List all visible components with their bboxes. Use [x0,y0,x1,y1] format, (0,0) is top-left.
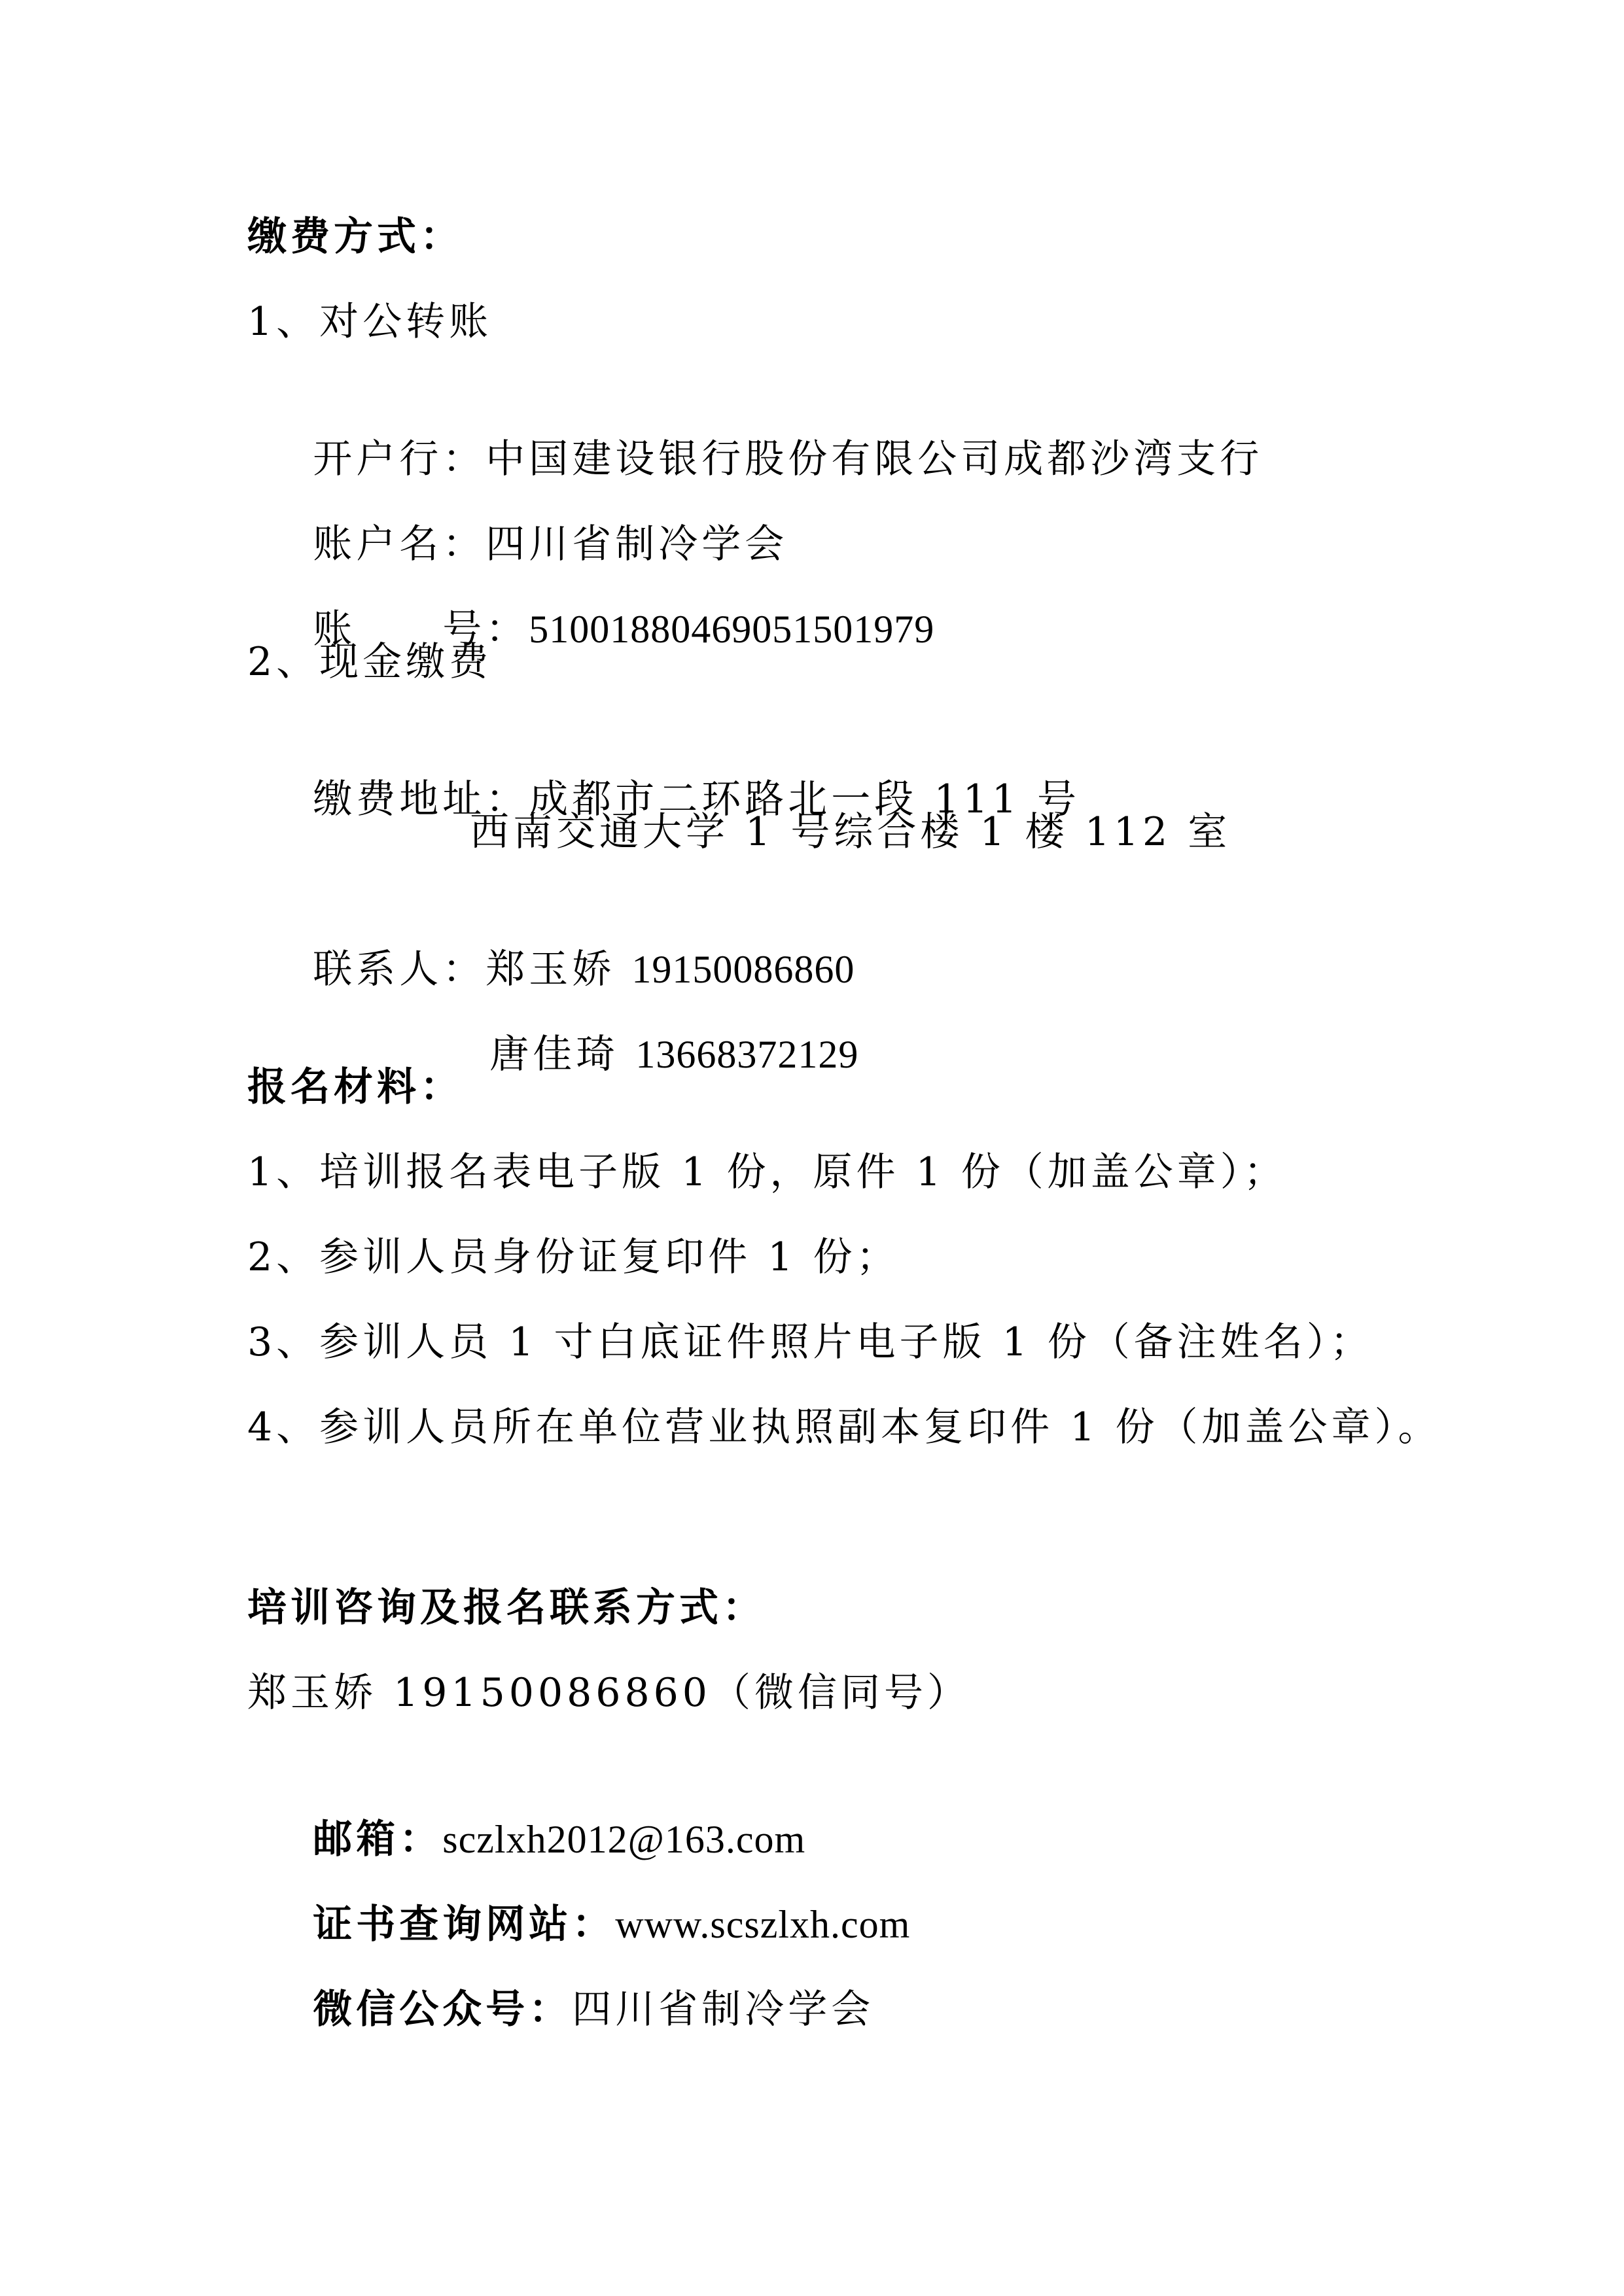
contact-2-name: 唐佳琦 [489,1032,619,1077]
materials-item-4: 4、参训人员所在单位营业执照副本复印件 1 份（加盖公章）。 [247,1401,1441,1453]
wechat-label: 微信公众号： [313,1987,572,2032]
wechat-row: 微信公众号：四川省制冷学会 [247,1931,874,2088]
consult-contact-line: 郑玉娇 19150086860（微信同号） [247,1667,970,1719]
materials-item-2: 2、参训人员身份证复印件 1 份； [247,1231,900,1283]
payment-method-2-title: 2、现金缴费 [247,636,492,688]
consult-heading: 培训咨询及报名联系方式： [247,1582,766,1634]
document-page: 缴费方式： 1、对公转账 开户行：中国建设银行股份有限公司成都沙湾支行 账户名：… [0,0,1624,2296]
payment-method-1-title: 1、对公转账 [247,296,492,348]
contact-row-2: 唐佳琦 13668372129 [424,976,858,1133]
wechat-value: 四川省制冷学会 [572,1987,874,2032]
materials-item-1: 1、培训报名表电子版 1 份，原件 1 份（加盖公章）； [247,1146,1287,1198]
account-number-value: 51001880469051501979 [529,608,934,651]
contact-2-phone: 13668372129 [635,1033,858,1076]
address-line-2: 西南交通大学 1 号综合楼 1 楼 112 室 [470,806,1231,858]
materials-item-3: 3、参训人员 1 寸白底证件照片电子版 1 份（备注姓名）； [247,1316,1373,1368]
payment-heading: 缴费方式： [247,211,463,263]
materials-heading: 报名材料： [247,1061,463,1113]
